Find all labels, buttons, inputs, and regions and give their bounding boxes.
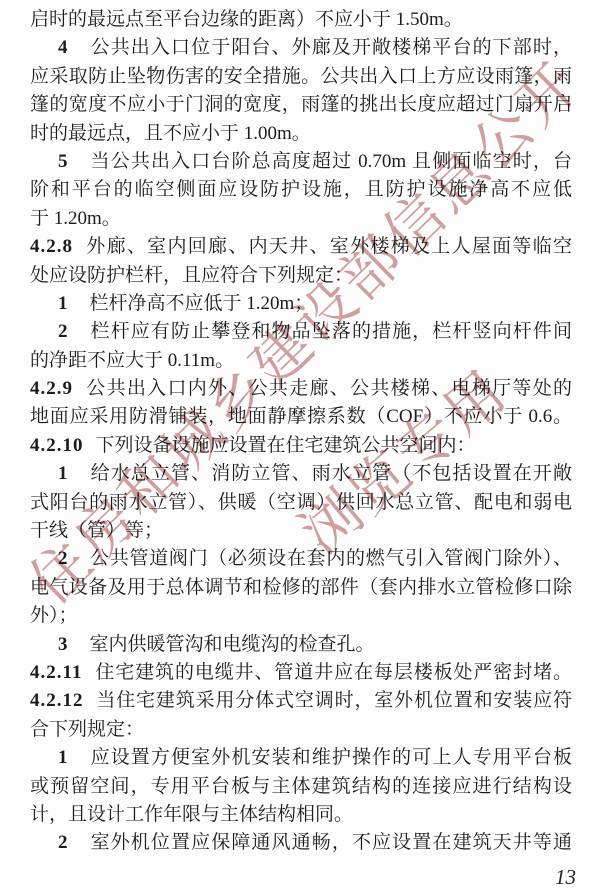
clause-line: 5当公共出入口台阶总高度超过 0.70m 且侧面临空时，台: [30, 148, 572, 176]
clause-number: 4.2.10: [30, 435, 84, 456]
line-text: 给水总立管、消防立管、雨水立管（不包括设置在开敞: [90, 463, 573, 484]
text-line: 电气设备及用于总体调节和检修的部件（套内排水立管检修口除: [30, 574, 572, 602]
clause-number: 5: [58, 151, 68, 172]
clause-number: 4.2.12: [30, 690, 84, 711]
clause-line: 1应设置方便室外机安装和维护操作的可上人专用平台板: [30, 744, 572, 772]
line-text: 室外机位置应保障通风通畅，不应设置在建筑天井等通: [90, 832, 573, 853]
page-number: 13: [555, 865, 576, 890]
line-text: 外）；: [30, 605, 78, 626]
text-line: 干线（管）等；: [30, 517, 572, 545]
clause-number: 2: [58, 832, 68, 853]
line-text: 合下列规定：: [30, 719, 144, 740]
line-text: 于 1.20m。: [30, 208, 121, 229]
clause-line: 1给水总立管、消防立管、雨水立管（不包括设置在开敞: [30, 460, 572, 488]
text-line: 地面应采用防滑铺装，地面静摩擦系数（COF）不应小于 0.6。: [30, 403, 572, 431]
line-text: 式阳台的雨水立管）、供暖（空调）供回水总立管、配电和弱电: [30, 492, 572, 513]
text-line: 式阳台的雨水立管）、供暖（空调）供回水总立管、配电和弱电: [30, 489, 572, 517]
line-text: 时的最远点，且不应小于 1.00m。: [30, 123, 311, 144]
line-text: 处应设防护栏杆，且应符合下列规定：: [30, 265, 353, 286]
body-text: 启时的最远点至平台边缘的距离）不应小于 1.50m。4公共出入口位于阳台、外廊及…: [30, 6, 572, 858]
line-text: 当住宅建筑采用分体式空调时，室外机位置和安装应符: [96, 690, 573, 711]
clause-number: 1: [58, 293, 68, 314]
clause-line: 4.2.10下列设备设施应设置在住宅建筑公共空间内：: [30, 432, 572, 460]
line-text: 下列设备设施应设置在住宅建筑公共空间内：: [96, 435, 476, 456]
document-page: 启时的最远点至平台边缘的距离）不应小于 1.50m。4公共出入口位于阳台、外廊及…: [0, 0, 600, 896]
clause-number: 2: [58, 321, 68, 342]
clause-line: 4.2.11住宅建筑的电缆井、管道井应在每层楼板处严密封堵。: [30, 659, 572, 687]
line-text: 室内供暖管沟和电缆沟的检查孔。: [90, 634, 375, 655]
text-line: 篷的宽度不应小于门洞的宽度，雨篷的挑出长度应超过门扇开启: [30, 91, 572, 119]
line-text: 公共出入口内外、公共走廊、公共楼梯、电梯厅等处的: [85, 378, 572, 399]
line-text: 栏杆应有防止攀登和物品坠落的措施，栏杆竖向杆件间: [90, 321, 573, 342]
clause-number: 3: [58, 634, 68, 655]
line-text: 篷的宽度不应小于门洞的宽度，雨篷的挑出长度应超过门扇开启: [30, 94, 572, 115]
text-line: 合下列规定：: [30, 716, 572, 744]
clause-line: 4公共出入口位于阳台、外廊及开敞楼梯平台的下部时，: [30, 34, 572, 62]
text-line: 外）；: [30, 602, 572, 630]
line-text: 或预留空间，专用平台板与主体建筑结构的连接应进行结构设: [30, 776, 572, 797]
clause-line: 2公共管道阀门（必须设在套内的燃气引入管阀门除外）、: [30, 545, 572, 573]
clause-line: 4.2.9公共出入口内外、公共走廊、公共楼梯、电梯厅等处的: [30, 375, 572, 403]
line-text: 住宅建筑的电缆井、管道井应在每层楼板处严密封堵。: [94, 662, 572, 683]
line-text: 当公共出入口台阶总高度超过 0.70m 且侧面临空时，台: [90, 151, 573, 172]
clause-line: 2室外机位置应保障通风通畅，不应设置在建筑天井等通: [30, 829, 572, 857]
text-line: 应采取防止坠物伤害的安全措施。公共出入口上方应设雨篷，雨: [30, 63, 572, 91]
clause-number: 4: [58, 37, 68, 58]
line-text: 应设置方便室外机安装和维护操作的可上人专用平台板: [90, 747, 573, 768]
clause-line: 1栏杆净高不应低于 1.20m；: [30, 290, 572, 318]
text-line: 或预留空间，专用平台板与主体建筑结构的连接应进行结构设: [30, 773, 572, 801]
clause-line: 4.2.8外廊、室内回廊、内天井、室外楼梯及上人屋面等临空: [30, 233, 572, 261]
line-text: 地面应采用防滑铺装，地面静摩擦系数（COF）不应小于 0.6。: [30, 406, 572, 427]
line-text: 计，且设计工作年限与主体结构相同。: [30, 804, 353, 825]
text-line: 计，且设计工作年限与主体结构相同。: [30, 801, 572, 829]
clause-line: 4.2.12当住宅建筑采用分体式空调时，室外机位置和安装应符: [30, 687, 572, 715]
text-line: 于 1.20m。: [30, 205, 572, 233]
line-text: 应采取防止坠物伤害的安全措施。公共出入口上方应设雨篷，雨: [30, 66, 572, 87]
clause-line: 2栏杆应有防止攀登和物品坠落的措施，栏杆竖向杆件间: [30, 318, 572, 346]
line-text: 外廊、室内回廊、内天井、室外楼梯及上人屋面等临空: [85, 236, 572, 257]
text-line: 启时的最远点至平台边缘的距离）不应小于 1.50m。: [30, 6, 572, 34]
text-line: 时的最远点，且不应小于 1.00m。: [30, 120, 572, 148]
clause-number: 1: [58, 747, 68, 768]
line-text: 公共管道阀门（必须设在套内的燃气引入管阀门除外）、: [90, 548, 573, 569]
line-text: 栏杆净高不应低于 1.20m；: [90, 293, 314, 314]
clause-number: 1: [58, 463, 68, 484]
line-text: 公共出入口位于阳台、外廊及开敞楼梯平台的下部时，: [90, 37, 573, 58]
clause-number: 4.2.8: [30, 236, 73, 257]
line-text: 的净距不应大于 0.11m。: [30, 350, 234, 371]
text-line: 的净距不应大于 0.11m。: [30, 347, 572, 375]
clause-number: 4.2.9: [30, 378, 73, 399]
clause-line: 3室内供暖管沟和电缆沟的检查孔。: [30, 631, 572, 659]
line-text: 阶和平台的临空侧面应设防护设施，且防护设施净高不应低: [30, 179, 572, 200]
text-line: 阶和平台的临空侧面应设防护设施，且防护设施净高不应低: [30, 176, 572, 204]
clause-number: 4.2.11: [30, 662, 82, 683]
line-text: 启时的最远点至平台边缘的距离）不应小于 1.50m。: [30, 9, 463, 30]
line-text: 电气设备及用于总体调节和检修的部件（套内排水立管检修口除: [30, 577, 572, 598]
line-text: 干线（管）等；: [30, 520, 163, 541]
text-line: 处应设防护栏杆，且应符合下列规定：: [30, 262, 572, 290]
clause-number: 2: [58, 548, 68, 569]
